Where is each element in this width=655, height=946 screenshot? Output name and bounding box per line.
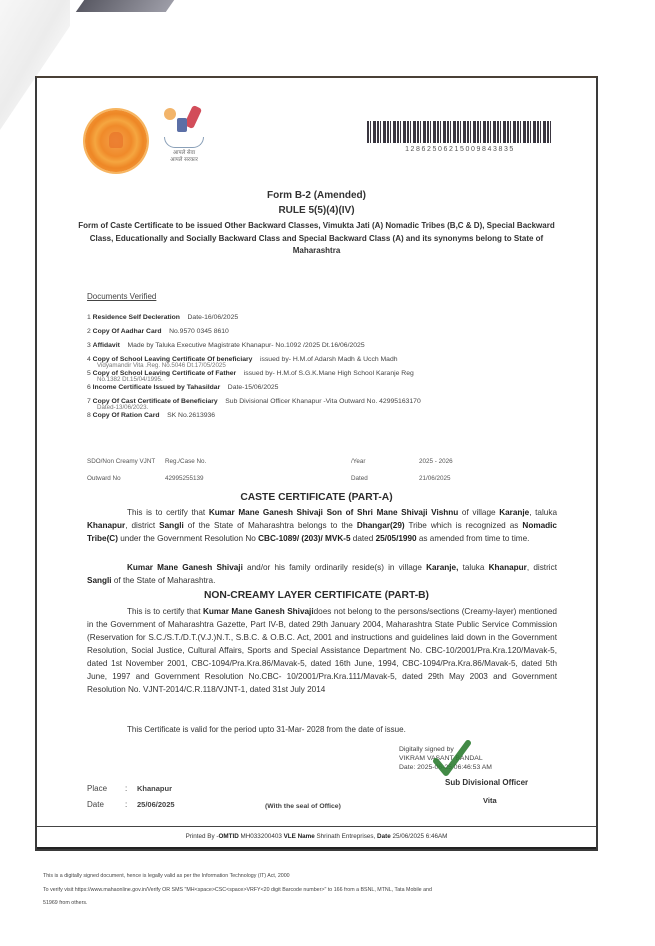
part-a-residence: Kumar Mane Ganesh Shivaji and/or his fam… <box>87 561 557 587</box>
validity-text: This Certificate is valid for the period… <box>127 725 406 734</box>
form-subtitle: Form of Caste Certificate to be issued O… <box>75 220 558 258</box>
part-b-text: This is to certify that Kumar Mane Ganes… <box>87 605 557 696</box>
logo-caption: आपले सेवा <box>173 150 195 156</box>
reg-type: SDO/Non Creamy VJNT <box>87 458 155 465</box>
document-item: 1 Residence Self Decleration Date-16/06/… <box>87 314 238 321</box>
document-item: 3 Affidavit Made by Taluka Executive Mag… <box>87 342 365 349</box>
barcode-number: 12862506215009843835 <box>367 146 553 153</box>
outward-label: Outward No <box>87 475 121 482</box>
document-item: 4 Copy of School Leaving Certificate Of … <box>87 356 398 363</box>
seal-note: (With the seal of Office) <box>265 803 341 810</box>
form-title: Form B-2 (Amended) <box>37 190 596 201</box>
document-item: 8 Copy Of Ration Card SK No.2613936 <box>87 412 215 419</box>
document-item: 2 Copy Of Aadhar Card No.9570 0345 8610 <box>87 328 229 335</box>
documents-heading: Documents Verified <box>87 292 156 301</box>
officer-office: Vita <box>483 796 497 805</box>
logo-caption: आपले सरकार <box>170 157 198 163</box>
certificate-frame: आपले सेवाआपले सरकार 12862506215009843835… <box>35 76 598 851</box>
print-footer: Printed By -OMTID MH033200403 VLE Name S… <box>37 826 596 849</box>
document-item: 7 Copy Of Cast Certificate of Beneficiar… <box>87 398 421 405</box>
reg-case-label: Reg./Case No. <box>165 458 206 465</box>
maharashtra-emblem-icon <box>85 110 147 172</box>
part-a-heading: CASTE CERTIFICATE (PART-A) <box>37 492 596 503</box>
verify-note: To verify visit https://www.mahaonline.g… <box>43 887 432 893</box>
document-item: 6 Income Certificate Issued by Tahasilda… <box>87 384 278 391</box>
officer-designation: Sub Divisional Officer <box>445 778 528 787</box>
issue-place: Place:Khanapur <box>87 784 172 793</box>
photo-edge <box>76 0 174 12</box>
document-item: 5 Copy of School Leaving Certificate of … <box>87 370 414 377</box>
verified-check-icon <box>432 739 472 779</box>
part-b-heading: NON-CREAMY LAYER CERTIFICATE (PART-B) <box>37 590 596 601</box>
dated-label: Dated <box>351 475 368 482</box>
csc-logo-icon: आपले सेवाआपले सरकार <box>158 104 208 176</box>
part-a-text: This is to certify that Kumar Mane Ganes… <box>87 506 557 545</box>
reg-year-value: 2025 - 2026 <box>419 458 453 465</box>
rule-title: RULE 5(5)(4)(IV) <box>37 205 596 216</box>
dated-value: 21/06/2025 <box>419 475 451 482</box>
outward-value: 42995255139 <box>165 475 204 482</box>
issue-date: Date:25/06/2025 <box>87 800 175 809</box>
legal-note: This is a digitally signed document, hen… <box>43 873 290 879</box>
barcode-icon <box>367 121 553 143</box>
reg-year-label: /Year <box>351 458 365 465</box>
verify-note-cont: 51969 from others. <box>43 900 87 906</box>
